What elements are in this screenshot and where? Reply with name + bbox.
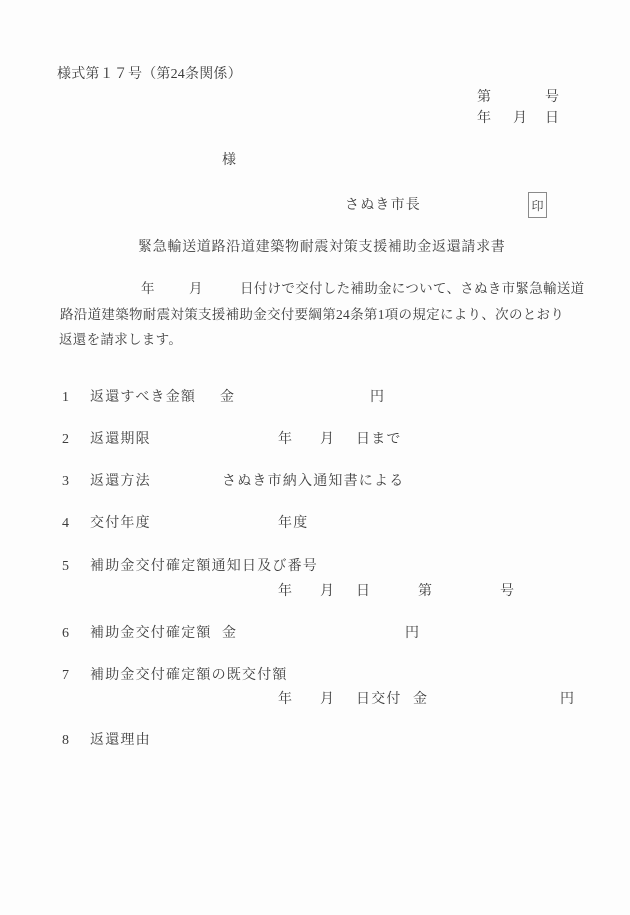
item-7-year: 年: [278, 692, 293, 708]
body-line1-month: 月: [189, 281, 203, 297]
item-5-doc-number-prefix: 第: [418, 584, 433, 600]
item-1-number: 1: [62, 390, 69, 406]
item-4-number: 4: [62, 516, 69, 532]
item-1-amount-prefix: 金: [220, 390, 235, 406]
item-5-month: 月: [320, 584, 335, 600]
item-5-day: 日: [356, 584, 371, 600]
body-line1-text: 日付けで交付した補助金について、さぬき市緊急輸送道: [240, 281, 584, 297]
official-seal: 印: [528, 192, 547, 218]
issue-date-month: 月: [513, 111, 528, 127]
body-line2-text: 路沿道建築物耐震対策支援補助金交付要綱第24条第1項の規定により、次のとおり: [60, 307, 564, 323]
issue-date-year: 年: [477, 111, 492, 127]
form-number: 様式第１７号（第24条関係）: [57, 67, 242, 83]
item-1-label: 返還すべき金額: [90, 390, 196, 406]
body-line3-text: 返還を請求します。: [59, 332, 182, 348]
addressee-honorific: 様: [222, 153, 237, 169]
item-2-year: 年: [278, 432, 293, 448]
item-7-month: 月: [320, 692, 335, 708]
issue-date-day: 日: [545, 111, 560, 127]
item-5-doc-number-suffix: 号: [500, 584, 515, 600]
doc-number-suffix: 号: [545, 90, 560, 106]
item-5-number: 5: [62, 559, 69, 575]
item-2-day: 日まで: [356, 432, 402, 448]
item-2-number: 2: [62, 432, 69, 448]
item-7-number: 7: [62, 668, 69, 684]
item-4-value: 年度: [278, 516, 308, 532]
item-4-label: 交付年度: [90, 516, 151, 532]
item-6-amount-prefix: 金: [222, 626, 237, 642]
item-1-amount-suffix: 円: [370, 390, 385, 406]
item-7-amount-suffix: 円: [560, 692, 575, 708]
doc-number-prefix: 第: [477, 90, 492, 106]
item-2-month: 月: [320, 432, 335, 448]
item-3-value: さぬき市納入通知書による: [222, 474, 404, 490]
item-6-number: 6: [62, 626, 69, 642]
item-5-year: 年: [278, 584, 293, 600]
item-7-label: 補助金交付確定額の既交付額: [90, 668, 288, 684]
item-5-label: 補助金交付確定額通知日及び番号: [90, 559, 318, 575]
item-7-amount-prefix: 金: [413, 692, 428, 708]
item-7-day: 日交付: [356, 692, 402, 708]
item-3-label: 返還方法: [90, 474, 151, 490]
document-title: 緊急輸送道路沿道建築物耐震対策支援補助金返還請求書: [138, 240, 506, 256]
item-6-label: 補助金交付確定額: [90, 626, 212, 642]
sender-name: さぬき市長: [345, 198, 421, 214]
document-page: 様式第１７号（第24条関係） 第 号 年 月 日 様 さぬき市長 印 緊急輸送道…: [0, 0, 630, 915]
body-line1-year: 年: [141, 281, 155, 297]
item-8-number: 8: [62, 733, 69, 749]
item-2-label: 返還期限: [90, 432, 151, 448]
item-8-label: 返還理由: [90, 733, 151, 749]
item-3-number: 3: [62, 474, 69, 490]
item-6-amount-suffix: 円: [405, 626, 420, 642]
